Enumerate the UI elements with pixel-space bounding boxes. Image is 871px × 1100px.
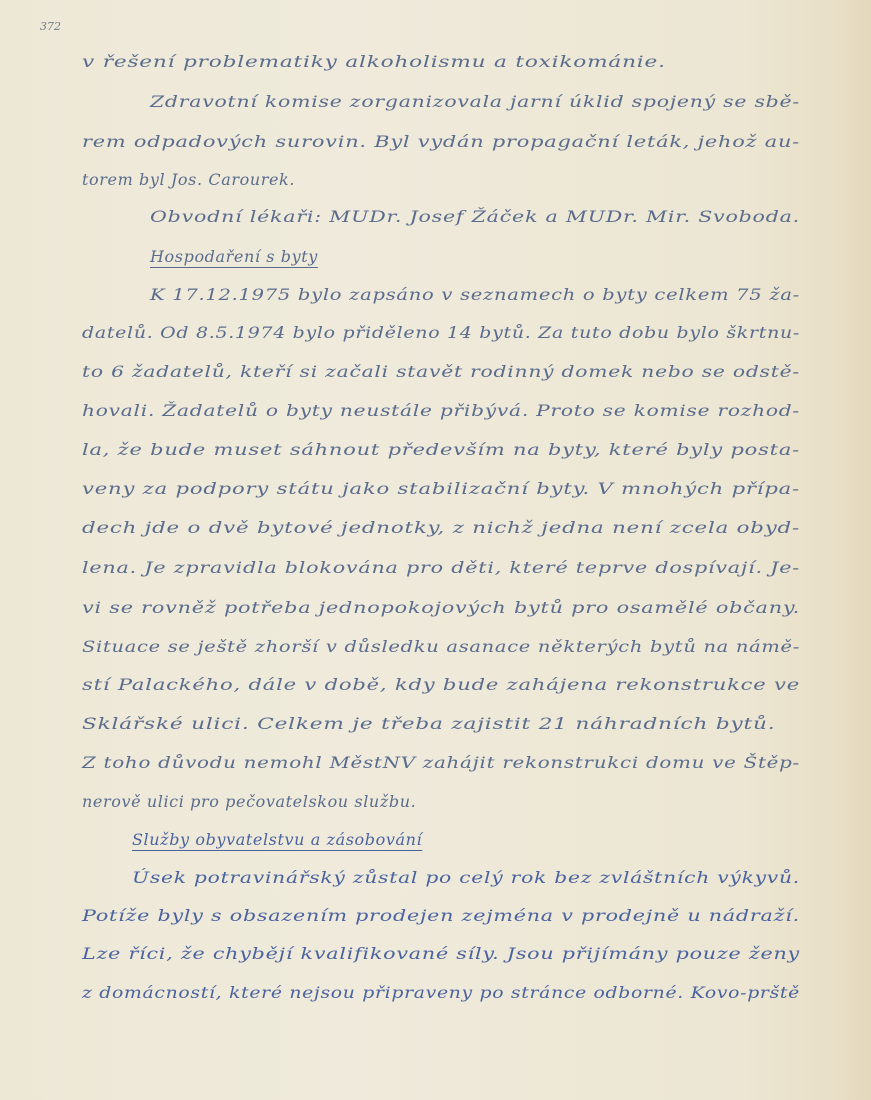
- text-line: la, že bude muset sáhnout především na b…: [82, 440, 800, 459]
- text-line: to 6 žadatelů, kteří si začali stavět ro…: [82, 362, 800, 381]
- text-line: Situace se ještě zhorší v důsledku asana…: [82, 637, 800, 656]
- text-line: hovali. Žadatelů o byty neustále přibývá…: [82, 401, 800, 420]
- text-line: Obvodní lékaři: MUDr. Josef Žáček a MUDr…: [150, 207, 800, 226]
- text-line: vi se rovněž potřeba jednopokojových byt…: [82, 598, 800, 617]
- text-line: datelů. Od 8.5.1974 bylo přiděleno 14 by…: [82, 323, 800, 342]
- text-line: Potíže byly s obsazením prodejen zejména…: [82, 906, 800, 925]
- text-line: nerově ulici pro pečovatelskou službu.: [82, 792, 416, 811]
- section-heading: Hospodaření s byty: [150, 247, 318, 266]
- text-line: Úsek potravinářský zůstal po celý rok be…: [132, 868, 800, 887]
- text-line: Lze říci, že chybějí kvalifikované síly.…: [82, 944, 800, 963]
- handwritten-page: 372 v řešení problematiky alkoholismu a …: [0, 0, 871, 1100]
- text-line: veny za podpory státu jako stabilizační …: [82, 479, 800, 498]
- text-line: K 17.12.1975 bylo zapsáno v seznamech o …: [150, 285, 800, 304]
- text-line: v řešení problematiky alkoholismu a toxi…: [82, 52, 666, 71]
- text-line: dech jde o dvě bytové jednotky, z nichž …: [82, 518, 800, 537]
- text-line: torem byl Jos. Carourek.: [82, 170, 295, 189]
- text-line: lena. Je zpravidla blokována pro děti, k…: [82, 558, 800, 577]
- text-line: z domácností, které nejsou připraveny po…: [82, 983, 800, 1002]
- page-number: 372: [40, 20, 61, 33]
- text-line: rem odpadových surovin. Byl vydán propag…: [82, 132, 800, 151]
- text-line: Sklářské ulici. Celkem je třeba zajistit…: [82, 714, 775, 733]
- text-line: Zdravotní komise zorganizovala jarní úkl…: [150, 92, 800, 111]
- text-line: stí Palackého, dále v době, kdy bude zah…: [82, 675, 800, 694]
- section-heading: Služby obyvatelstvu a zásobování: [132, 830, 422, 849]
- text-line: Z toho důvodu nemohl MěstNV zahájit reko…: [82, 753, 800, 772]
